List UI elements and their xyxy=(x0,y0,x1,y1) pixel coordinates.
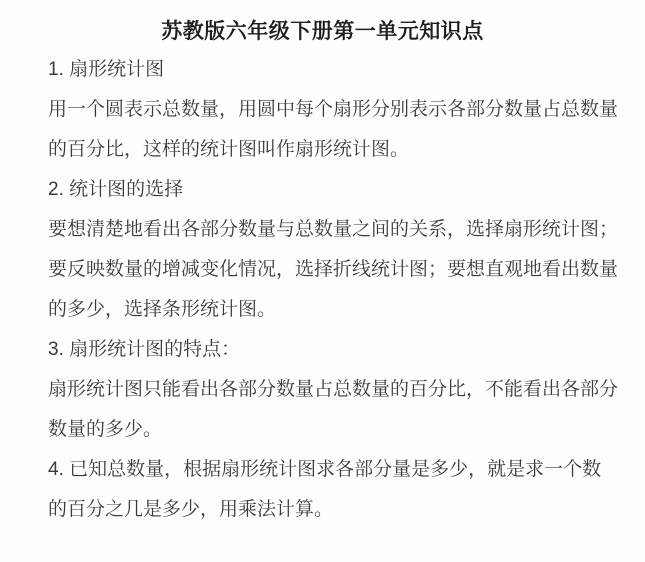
text-line: 数量的多少。 xyxy=(48,410,605,450)
text-line: 扇形统计图只能看出各部分数量占总数量的百分比，不能看出各部分 xyxy=(48,370,605,410)
text-line: 的百分比，这样的统计图叫作扇形统计图。 xyxy=(48,130,605,170)
text-line: 用一个圆表示总数量，用圆中每个扇形分别表示各部分数量占总数量 xyxy=(48,90,605,130)
text-line: 要反映数量的增减变化情况，选择折线统计图；要想直观地看出数量 xyxy=(48,250,605,290)
text-line: 的多少，选择条形统计图。 xyxy=(48,290,605,330)
text-line: 的百分之几是多少，用乘法计算。 xyxy=(48,490,605,530)
document-title: 苏教版六年级下册第一单元知识点 xyxy=(0,17,645,47)
document-body: 1. 扇形统计图 用一个圆表示总数量，用圆中每个扇形分别表示各部分数量占总数量 … xyxy=(48,50,605,530)
text-line-heading-4: 4. 已知总数量，根据扇形统计图求各部分量是多少，就是求一个数 xyxy=(48,450,605,490)
text-line-heading-2: 2. 统计图的选择 xyxy=(48,170,605,210)
text-line-heading-3: 3. 扇形统计图的特点： xyxy=(48,330,605,370)
text-line-heading-1: 1. 扇形统计图 xyxy=(48,50,605,90)
text-line: 要想清楚地看出各部分数量与总数量之间的关系，选择扇形统计图； xyxy=(48,210,605,250)
document-page: 苏教版六年级下册第一单元知识点 1. 扇形统计图 用一个圆表示总数量，用圆中每个… xyxy=(0,0,645,562)
